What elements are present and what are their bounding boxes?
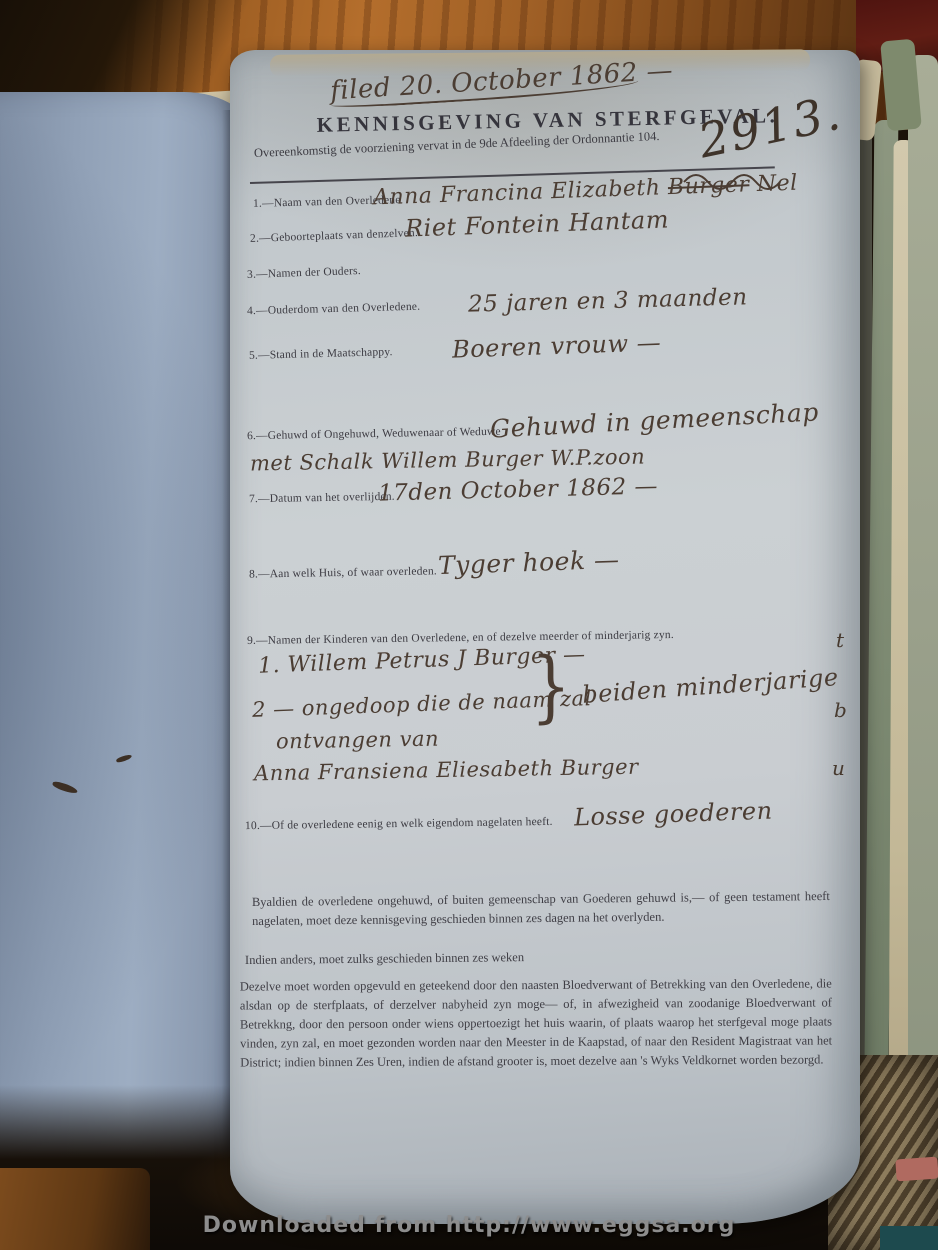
field-6-value-line1: Gehuwd in gemeenschap (489, 397, 819, 443)
footnote-2: Indien anders, moet zulks geschieden bin… (245, 945, 823, 970)
struck-surname: Burger (667, 172, 749, 200)
field-3-label: 3.—Namen der Ouders. (247, 265, 361, 281)
field-5-value: Boeren vrouw — (452, 328, 662, 363)
shadow-top-left (0, 0, 250, 95)
field-10-value: Losse goederen (574, 797, 773, 832)
field-5-label: 5.—Stand in de Maatschappy. (249, 346, 393, 362)
footnote-1: Byaldien de overledene ongehuwd, of buit… (252, 887, 830, 931)
ribbon-fragment (895, 1157, 938, 1182)
child-line-4: Anna Fransiena Eliesabeth Burger (254, 755, 639, 786)
field-6-label: 6.—Gehuwd of Ongehuwd, Weduwenaar of Wed… (247, 426, 501, 442)
edge-pen-mark: t (836, 628, 844, 652)
field-8-label: 8.—Aan welk Huis, of waar overleden. (249, 565, 437, 580)
field-2-label: 2.—Geboorteplaats van denzelven. (250, 227, 418, 245)
page-stack-edge (908, 55, 938, 1175)
blue-facing-page (0, 92, 254, 1192)
field-4-value: 25 jaren en 3 maanden (468, 284, 748, 317)
brace-note: beiden minderjarige (581, 663, 839, 709)
edge-pen-mark: u (832, 756, 845, 780)
field-7-label: 7.—Datum van het overlijden. (249, 491, 395, 506)
flourish-dash: — (637, 56, 674, 88)
child-line-3: ontvangen van (276, 727, 439, 754)
footnote-3: Dezelve moet worden opgevuld en geteeken… (240, 974, 832, 1072)
death-notice-page: filed 20. October 1862 — KENNISGEVING VA… (230, 50, 860, 1224)
field-7-value: 17den October 1862 — (378, 473, 659, 506)
field-4-label: 4.—Ouderdom van den Overledene. (247, 301, 420, 318)
field-2-value: Riet Fontein Hantam (405, 205, 670, 242)
field-9-label: 9.—Namen der Kinderen van den Overledene… (247, 629, 674, 647)
record-number: 2913. (694, 86, 847, 170)
photograph-of-death-notice: filed 20. October 1862 — KENNISGEVING VA… (0, 0, 938, 1250)
watermark-caption: Downloaded from http://www.eggsa.org (0, 1213, 938, 1238)
field-8-value: Tyger hoek — (438, 545, 620, 580)
grouping-brace: } (531, 642, 571, 732)
edge-pen-mark: b (834, 698, 847, 722)
field-6-value-line2: met Schalk Willem Burger W.P.zoon (250, 445, 646, 476)
field-10-label: 10.—Of de overledene eenig en welk eigen… (245, 816, 553, 832)
